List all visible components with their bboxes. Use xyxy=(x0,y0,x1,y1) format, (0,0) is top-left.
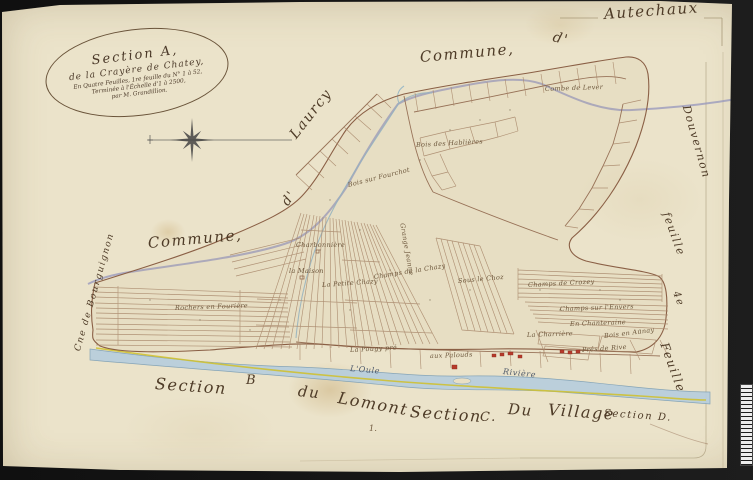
map-label: Du xyxy=(507,402,533,419)
map-label: C. xyxy=(480,411,497,424)
map-label: du xyxy=(297,384,321,401)
scanned-cadastral-map: Section A, de la Crayère de Chatey, En Q… xyxy=(0,0,753,480)
map-label: La Charrière xyxy=(527,330,573,338)
map-paper-sheet: Section A, de la Crayère de Chatey, En Q… xyxy=(0,0,753,480)
calibration-ruler-icon xyxy=(740,384,753,466)
map-label: aux Palouds xyxy=(430,352,473,360)
map-label: Charbonnière xyxy=(296,242,345,249)
map-label: En Chanteraine xyxy=(570,319,626,327)
map-label: la Maison xyxy=(289,268,324,275)
map-label: Combe de Lever xyxy=(545,84,603,93)
map-label: 1. xyxy=(369,425,377,433)
map-label: B xyxy=(246,374,257,387)
compass-rose-icon xyxy=(147,118,292,162)
